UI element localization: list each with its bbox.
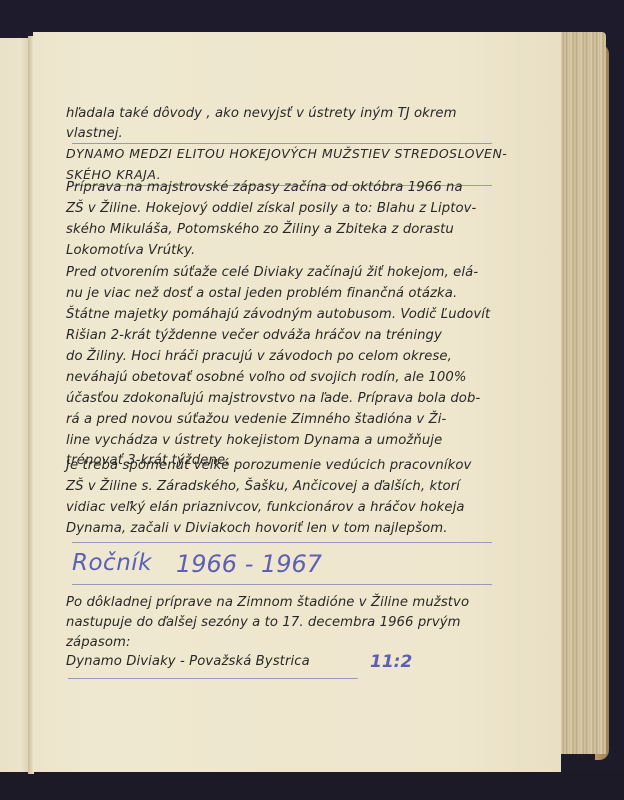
season-years: 1966 - 1967 [176, 550, 322, 578]
text-line: Dynama, začali v Diviakoch hovoriť len v… [66, 521, 448, 536]
match-teams: Dynamo Diviaky - Považská Bystrica [66, 654, 310, 669]
text-line: hľadala také dôvody , ako nevyjsť v ústr… [66, 106, 457, 121]
text-line: ského Mikuláša, Potomského zo Žiliny a Z… [66, 222, 454, 237]
rule-line [72, 584, 492, 585]
rule-line [72, 143, 492, 144]
text-line: ZŠ v Žiline s. Záradského, Šašku, Ančico… [66, 479, 460, 494]
match-score: 11:2 [370, 652, 412, 672]
text-line: zápasom: [66, 635, 130, 650]
text-line: Štátne majetky pomáhajú závodným autobus… [66, 307, 490, 322]
text-line: nu je viac než dosť a ostal jeden problé… [66, 286, 457, 301]
text-line: účasťou zdokonaľujú majstrovstvo na ľade… [66, 391, 480, 406]
background-bottom [0, 770, 624, 800]
section-heading-line: DYNAMO MEDZI ELITOU HOKEJOVÝCH MUŽSTIEV … [66, 146, 507, 161]
text-line: do Žiliny. Hoci hráči pracujú v závodoch… [66, 349, 452, 364]
text-line: ZŠ v Žiline. Hokejový oddiel získal posi… [66, 201, 476, 216]
text-line: rá a pred novou súťažou vedenie Zimného … [66, 412, 446, 427]
left-page-edge [0, 38, 30, 772]
text-line: vlastnej. [66, 126, 123, 141]
rule-line [72, 542, 492, 543]
text-line: vidiac veľký elán priaznivcov, funkcioná… [66, 500, 465, 515]
text-line: Príprava na majstrovské zápasy začína od… [66, 180, 463, 195]
page-stack-edges [558, 32, 606, 754]
text-line: Lokomotíva Vrútky. [66, 243, 195, 258]
text-line: line vychádza v ústrety hokejistom Dynam… [66, 433, 442, 448]
text-line: Po dôkladnej príprave na Zimnom štadióne… [66, 595, 469, 610]
text-line: neváhajú obetovať osobné voľno od svojic… [66, 370, 466, 385]
text-line: Pred otvorením súťaže celé Diviaky začín… [66, 265, 478, 280]
text-line: Rišian 2-krát týždenne večer odváža hráč… [66, 328, 442, 343]
text-line: Je treba spomenúť veľké porozumenie vedú… [66, 458, 471, 473]
text-line: nastupuje do ďalšej sezóny a to 17. dece… [66, 615, 461, 630]
rule-line [68, 678, 358, 679]
season-label: Ročník [72, 550, 152, 576]
